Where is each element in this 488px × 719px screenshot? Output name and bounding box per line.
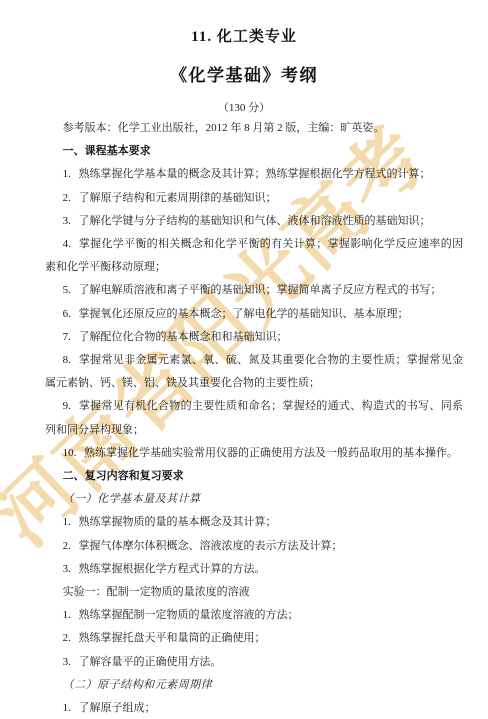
item-number: 7.	[63, 331, 71, 343]
item-number: 2.	[63, 192, 71, 204]
item-text: 掌握气体摩尔体积概念、溶液浓度的表示方法及计算；	[79, 540, 343, 552]
item-number: 1.	[63, 609, 71, 621]
item-text: 熟练掌握化学基础实验常用仪器的正确使用方法及一般药品取用的基本操作。	[84, 447, 458, 459]
numbered-item: 1.了解原子组成；	[45, 697, 463, 719]
numbered-item: 9.掌握常见有机化合物的主要性质和命名；掌握烃的通式、构造式的书写、同系列和同分…	[45, 395, 463, 441]
numbered-item: 2.掌握气体摩尔体积概念、溶液浓度的表示方法及计算；	[45, 535, 463, 558]
item-text: 了解原子组成；	[79, 702, 156, 714]
item-number: 2.	[63, 540, 71, 552]
sub-heading: （一）化学基本量及其计算	[45, 488, 463, 511]
numbered-item: 1.熟练掌握物质的量的基本概念及其计算；	[45, 511, 463, 534]
item-text: 了解电解质溶液和离子平衡的基础知识；掌握简单离子反应方程式的书写；	[79, 284, 442, 296]
document-page: 河南省阳光高考 11. 化工类专业 《化学基础》考纲 （130 分） 参考版本：…	[0, 0, 488, 719]
item-text: 掌握常见有机化合物的主要性质和命名；掌握烃的通式、构造式的书写、同系列和同分异构…	[45, 400, 463, 435]
numbered-item: 3.了解容量平的正确使用方法。	[45, 651, 463, 674]
numbered-item: 3.熟练掌握根据化学方程式计算的方法。	[45, 558, 463, 581]
doc-title: 11. 化工类专业	[0, 0, 488, 48]
item-text: 熟练掌握配制一定物质的量浓度溶液的方法；	[79, 609, 299, 621]
item-number: 2.	[63, 632, 71, 644]
section-heading: 一、课程基本要求	[45, 140, 463, 163]
document-body: 参考版本：化学工业出版社，2012 年 8 月第 2 版，主编：旷英姿。一、课程…	[45, 117, 463, 719]
numbered-item: 8.掌握常见非金属元素氯、氧、硫、氮及其重要化合物的主要性质；掌握常见金属元素钠…	[45, 349, 463, 395]
numbered-item: 1.熟练掌握化学基本量的概念及其计算；熟练掌握根据化学方程式的计算；	[45, 163, 463, 186]
item-text: 了解配位化合物的基本概念和和基础知识；	[79, 331, 288, 343]
item-text: 了解化学键与分子结构的基础知识和气体、液体和溶液性质的基础知识；	[79, 215, 431, 227]
item-number: 3.	[63, 656, 71, 668]
item-number: 10.	[63, 447, 77, 459]
numbered-item: 5.了解电解质溶液和离子平衡的基础知识；掌握简单离子反应方程式的书写；	[45, 279, 463, 302]
section-heading: 二、复习内容和复习要求	[45, 465, 463, 488]
item-number: 5.	[63, 284, 71, 296]
doc-score: （130 分）	[0, 100, 488, 116]
numbered-item: 4.掌握化学平衡的相关概念和化学平衡的有关计算；掌握影响化学反应速率的因素和化学…	[45, 233, 463, 279]
numbered-item: 7.了解配位化合物的基本概念和和基础知识；	[45, 326, 463, 349]
reference: 参考版本：化学工业出版社，2012 年 8 月第 2 版，主编：旷英姿。	[45, 117, 463, 140]
numbered-item: 10.熟练掌握化学基础实验常用仪器的正确使用方法及一般药品取用的基本操作。	[45, 442, 463, 465]
item-text: 熟练掌握托盘天平和量筒的正确使用；	[79, 632, 266, 644]
item-number: 6.	[63, 308, 71, 320]
item-number: 9.	[63, 400, 71, 412]
item-number: 1.	[63, 516, 71, 528]
numbered-item: 1.熟练掌握配制一定物质的量浓度溶液的方法；	[45, 604, 463, 627]
item-text: 了解原子结构和元素周期律的基础知识；	[79, 192, 277, 204]
item-number: 1.	[63, 168, 71, 180]
numbered-item: 2.熟练掌握托盘天平和量筒的正确使用；	[45, 627, 463, 650]
item-text: 熟练掌握物质的量的基本概念及其计算；	[79, 516, 277, 528]
doc-subtitle: 《化学基础》考纲	[0, 64, 488, 88]
numbered-item: 3.了解化学键与分子结构的基础知识和气体、液体和溶液性质的基础知识；	[45, 210, 463, 233]
item-number: 1.	[63, 702, 71, 714]
item-text: 掌握氧化还原反应的基本概念；了解电化学的基础知识、基本原理；	[79, 308, 409, 320]
item-text: 熟练掌握根据化学方程式计算的方法。	[79, 563, 266, 575]
item-text: 了解容量平的正确使用方法。	[79, 656, 222, 668]
item-text: 熟练掌握化学基本量的概念及其计算；熟练掌握根据化学方程式的计算；	[79, 168, 431, 180]
numbered-item: 2.了解原子结构和元素周期律的基础知识；	[45, 187, 463, 210]
item-number: 8.	[63, 354, 71, 366]
item-number: 3.	[63, 215, 71, 227]
numbered-item: 6.掌握氧化还原反应的基本概念；了解电化学的基础知识、基本原理；	[45, 303, 463, 326]
item-text: 掌握化学平衡的相关概念和化学平衡的有关计算；掌握影响化学反应速率的因素和化学平衡…	[45, 238, 463, 273]
item-text: 掌握常见非金属元素氯、氧、硫、氮及其重要化合物的主要性质；掌握常见金属元素钠、钙…	[45, 354, 463, 389]
experiment-heading: 实验一：配制一定物质的量浓度的溶液	[45, 581, 463, 604]
sub-heading: （二）原子结构和元素周期律	[45, 674, 463, 697]
item-number: 4.	[63, 238, 71, 250]
item-number: 3.	[63, 563, 71, 575]
